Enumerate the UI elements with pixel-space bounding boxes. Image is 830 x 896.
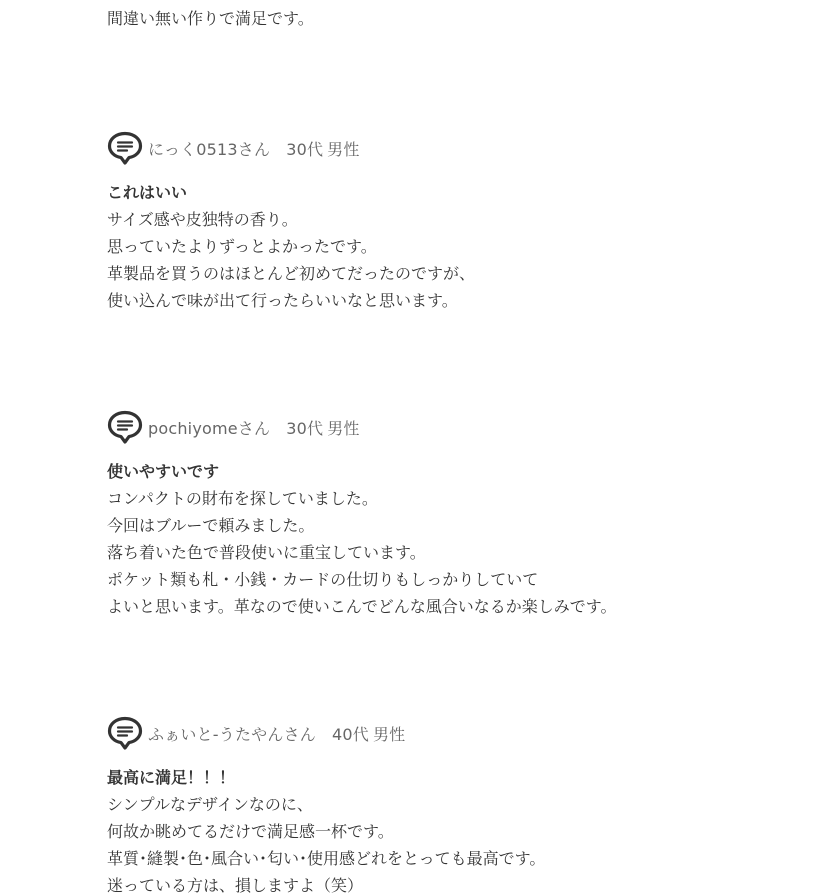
review-line: 何故か眺めてるだけで満足感一杯です。 <box>107 818 807 845</box>
review-line: シンプルなデザインなのに、 <box>107 791 807 818</box>
review-line: コンパクトの財布を探していました。 <box>107 485 807 512</box>
review-line: 使い込んで味が出て行ったらいいなと思います。 <box>107 287 807 314</box>
previous-review-tail: 間違い無い作りで満足です。 <box>107 0 314 32</box>
review-item: pochiyomeさん30代男性 使いやすいです コンパクトの財布を探していまし… <box>107 409 807 620</box>
review-item: ふぁいと-うたやんさん40代男性 最高に満足！！！ シンプルなデザインなのに、 … <box>107 715 807 896</box>
reviewer-info: ふぁいと-うたやんさん40代男性 <box>148 722 405 745</box>
review-item: にっく0513さん30代男性 これはいい サイズ感や皮独特の香り。 思っていたよ… <box>107 130 807 314</box>
reviewer-gender: 男性 <box>327 419 359 438</box>
reviewer-info: にっく0513さん30代男性 <box>148 137 360 160</box>
review-header: pochiyomeさん30代男性 <box>107 409 807 445</box>
reviewer-age: 30代 <box>286 419 323 438</box>
review-header: にっく0513さん30代男性 <box>107 130 807 166</box>
review-line: 革製品を買うのはほとんど初めてだったのですが、 <box>107 260 807 287</box>
review-body: 使いやすいです コンパクトの財布を探していました。 今回はブルーで頼みました。 … <box>107 458 807 620</box>
reviewer-gender: 男性 <box>327 140 359 159</box>
reviewer-gender: 男性 <box>373 725 405 744</box>
comment-bubble-icon <box>107 130 143 166</box>
reviewer-age: 40代 <box>332 725 369 744</box>
review-line: 間違い無い作りで満足です。 <box>107 5 314 32</box>
review-header: ふぁいと-うたやんさん40代男性 <box>107 715 807 751</box>
review-body: これはいい サイズ感や皮独特の香り。 思っていたよりずっとよかったです。 革製品… <box>107 179 807 314</box>
review-line: 落ち着いた色で普段使いに重宝しています。 <box>107 539 807 566</box>
reviewer-info: pochiyomeさん30代男性 <box>148 416 360 439</box>
review-title: これはいい <box>107 179 807 206</box>
comment-bubble-icon <box>107 715 143 751</box>
review-body: 最高に満足！！！ シンプルなデザインなのに、 何故か眺めてるだけで満足感一杯です… <box>107 764 807 896</box>
review-title: 使いやすいです <box>107 458 807 485</box>
comment-bubble-icon <box>107 409 143 445</box>
review-line: サイズ感や皮独特の香り。 <box>107 206 807 233</box>
review-line: 迷っている方は、損しますよ（笑） <box>107 872 807 896</box>
review-title: 最高に満足！！！ <box>107 764 807 791</box>
review-line: 今回はブルーで頼みました。 <box>107 512 807 539</box>
reviewer-name: pochiyomeさん <box>148 419 270 438</box>
review-line: ポケット類も札・小銭・カードの仕切りもしっかりしていて <box>107 566 807 593</box>
review-line: 革質･縫製･色･風合い･匂い･使用感どれをとっても最高です。 <box>107 845 807 872</box>
reviewer-name: にっく0513さん <box>148 140 270 159</box>
reviewer-age: 30代 <box>286 140 323 159</box>
review-line: 思っていたよりずっとよかったです。 <box>107 233 807 260</box>
review-line: よいと思います。革なので使いこんでどんな風合いなるか楽しみです。 <box>107 593 807 620</box>
reviewer-name: ふぁいと-うたやんさん <box>148 725 316 744</box>
